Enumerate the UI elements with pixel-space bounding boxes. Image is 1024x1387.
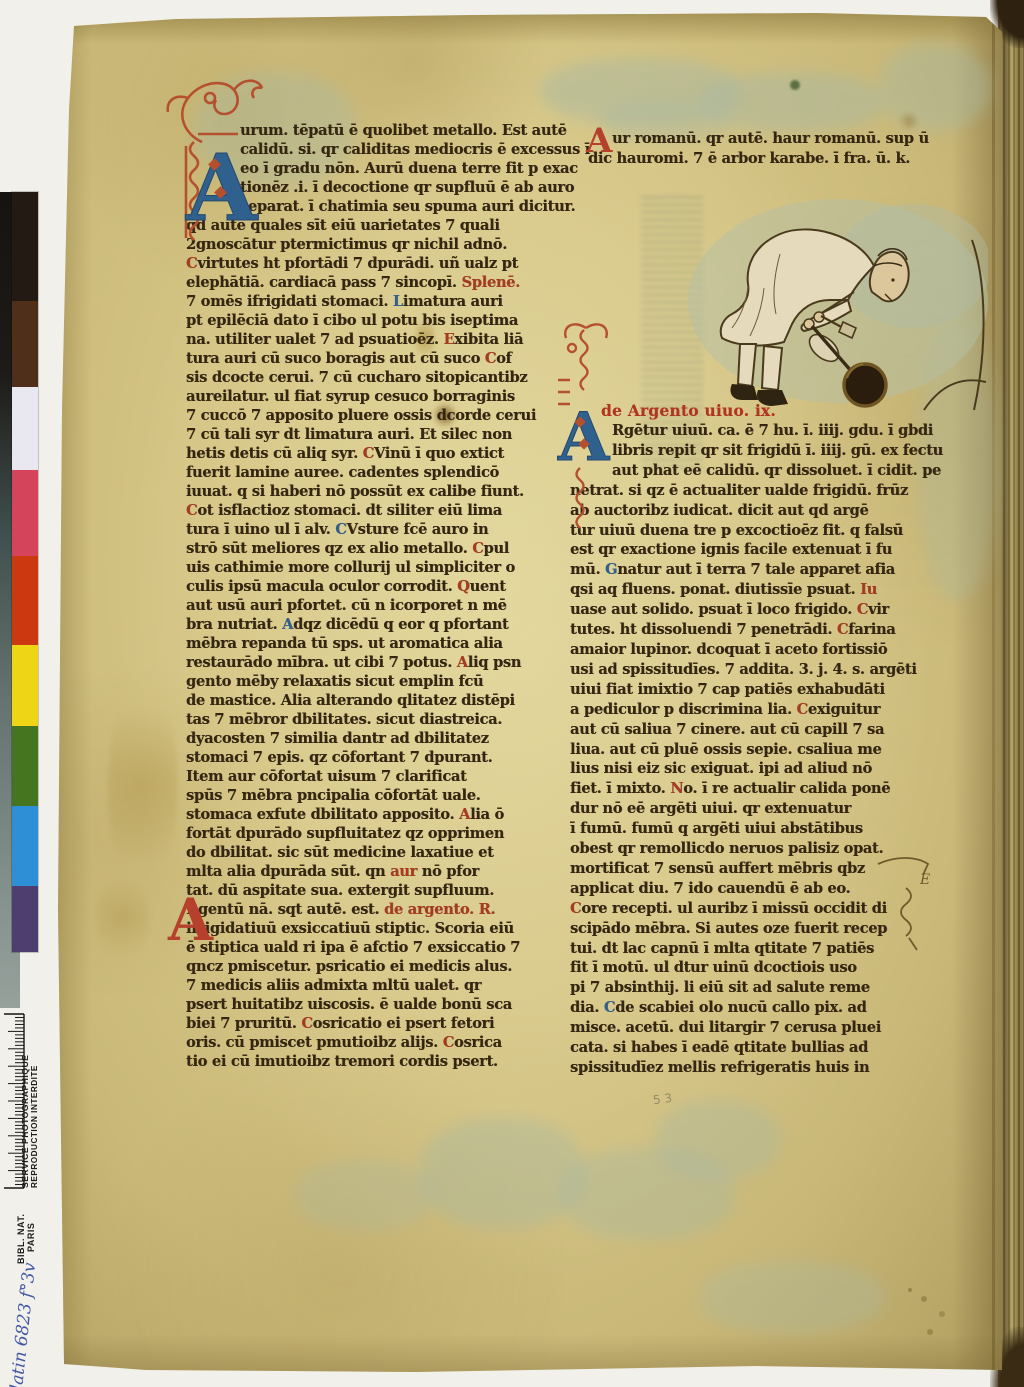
marginal-nota-mark: E (876, 830, 946, 962)
fold-line (992, 10, 995, 1380)
text-line: tat. dū aspitate sua. extergit supfluum. (186, 881, 564, 900)
text-line: mlta alia dpurāda sūt. qn aur nō pfor (186, 862, 564, 881)
text-segment: of (496, 350, 511, 367)
text-segment: Rgentū nā. sqt autē. est. (186, 901, 384, 918)
text-line: fiet. ī mixto. No. ī re actualir calida … (570, 779, 922, 799)
photograph-canvas: SERVICE PHOTOGRAPHIQUE REPRODUCTION INTE… (0, 0, 1024, 1387)
text-segment: aut cū saliua 7 cinere. aut cū capill 7 … (570, 721, 884, 738)
text-segment: A (459, 806, 470, 823)
text-segment: pt epilēciā dato ī cibo ul potu bis isep… (186, 312, 518, 329)
right-text-column-upper: ur romanū. qr autē. haur romanū. sup ūdi… (588, 129, 926, 168)
text-line: uase aut solido. psuat ī loco frigido. C… (570, 600, 922, 620)
text-line: Item aur cōfortat uisum 7 clarificat (186, 767, 564, 786)
text-segment: qncz pmiscetur. psricatio ei medicis alu… (186, 958, 512, 975)
text-segment: culis ipsū macula oculor corrodit. (186, 578, 457, 595)
text-line: bra nutriat. Adqz dicēdū q eor q pfortan… (186, 615, 564, 634)
text-segment: iuuat. q si haberi nō possūt ex calibe f… (186, 483, 524, 500)
text-segment: ifrigidatiuū exsiccatiuū stiptic. Scoria… (186, 920, 514, 937)
ink-spot (790, 80, 800, 90)
text-line: pt epilēciā dato ī cibo ul potu bis isep… (186, 311, 564, 330)
text-segment: vir (868, 601, 889, 618)
text-line: fortāt dpurādo supfluitatez qz opprimen (186, 824, 564, 843)
text-segment: C (363, 445, 374, 462)
text-line: qncz pmiscetur. psricatio ei medicis alu… (186, 957, 564, 976)
text-line: stomaca exfute dbilitato apposito. Alia … (186, 805, 564, 824)
text-segment: obest qr remollicdo neruos palisiz opat. (570, 840, 883, 857)
red-initial-left-bottom: A (168, 891, 213, 949)
text-segment: aut usū auri pfortet. cū n icorporet n m… (186, 597, 507, 614)
text-segment: fortāt dpurādo supfluitatez qz opprimen (186, 825, 504, 842)
red-initial-right-top: A (586, 124, 612, 158)
text-segment: dyacosten 7 similia dantr ad dbilitatez (186, 730, 489, 747)
stain (108, 680, 178, 890)
text-segment: xibita liā (454, 331, 523, 348)
text-segment: uent (470, 578, 506, 595)
text-segment: tio ei cū imutioibz tremori cordis psert… (186, 1053, 498, 1070)
calibration-patch-black (12, 192, 38, 301)
text-segment: dic hauromi. 7 ē arbor karabe. ī fra. ū.… (588, 150, 910, 167)
text-line: Cot isflactioz stomaci. dt siliter eiū l… (186, 501, 564, 520)
text-line: liua. aut cū pluē ossis sepie. csaliua m… (570, 740, 922, 760)
text-segment: mlta alia dpurāda sūt. qn (186, 863, 390, 880)
text-segment: natur aut ī terra 7 tale apparet afia (617, 561, 895, 578)
text-line: pi 7 absinthij. li eiū sit ad salute rem… (570, 978, 922, 998)
text-segment: Rgētur uiuū. ca. ē 7 hu. ī. iiij. gdu. ī… (612, 422, 933, 439)
text-segment: est qr exactione ignis facile extenuat ī… (570, 541, 892, 558)
text-line: est qr exactione ignis facile extenuat ī… (570, 540, 922, 560)
show-through-foliage (420, 1118, 585, 1228)
calibration-patch-violet (12, 886, 38, 952)
calibration-patch-dark-brown (12, 301, 38, 387)
decorated-initial-right-mid: A (550, 318, 626, 540)
text-segment: fuerit lamine auree. cadentes splendicō (186, 464, 499, 481)
text-segment: mū. (570, 561, 605, 578)
text-segment: qsi aq fluens. ponat. diutissīe psuat. (570, 581, 860, 598)
text-segment: E (443, 331, 454, 348)
text-segment: C (472, 540, 483, 557)
text-line: ur romanū. qr autē. haur romanū. sup ū (588, 129, 926, 149)
text-segment: urum. tēpatū ē quolibet metallo. Est aut… (240, 122, 567, 139)
text-segment: tat. dū aspitate sua. extergit supfluum. (186, 882, 494, 899)
text-line: ifrigidatiuū exsiccatiuū stiptic. Scoria… (186, 919, 564, 938)
text-segment: C (797, 701, 808, 718)
text-segment: tutes. ht dissoluendi 7 penetrādi. (570, 621, 837, 638)
text-line: elephātiā. cardiacā pass 7 sincopī. Sple… (186, 273, 564, 292)
text-segment: strō sūt meliores qz ex alio metallo. (186, 540, 472, 557)
text-segment: farina (848, 621, 895, 638)
reproduction-interdite-stamp: REPRODUCTION INTERDITE (30, 1065, 39, 1188)
text-line: hetis detis cū aliq syr. CVinū ī quo ext… (186, 444, 564, 463)
text-line: usi ad spissitudīes. 7 addita. 3. j. 4. … (570, 660, 922, 680)
text-segment: a pediculor p discrimina lia. (570, 701, 797, 718)
text-segment: L (393, 293, 403, 310)
text-segment: C (301, 1015, 312, 1032)
text-segment: aur (390, 863, 417, 880)
text-line: 7 cuccō 7 apposito pluere ossis dcorde c… (186, 406, 564, 425)
text-line: dia. Cde scabiei olo nucū callo pix. ad (570, 998, 922, 1018)
calibration-patch-blue (12, 806, 38, 886)
text-segment: bra nutriat. (186, 616, 282, 633)
text-segment: liua. aut cū pluē ossis sepie. csaliua m… (570, 741, 881, 758)
text-segment: tura ī uino ul ī alv. (186, 521, 335, 538)
text-segment: ī fumū. fumū q argēti uiui abstātibus (570, 820, 863, 837)
left-text-column: urum. tēpatū ē quolibet metallo. Est aut… (186, 121, 564, 1071)
text-segment: osrica (454, 1034, 502, 1051)
text-line: tura ī uino ul ī alv. CVsture fcē auro i… (186, 520, 564, 539)
text-segment: scipādo mēbra. Si autes oze fuerit recep (570, 920, 887, 937)
margin-note-letter: E (919, 872, 930, 888)
text-segment: elephātiā. cardiacā pass 7 sincopī. (186, 274, 461, 291)
text-segment: fit ī motū. ul dtur uinū dcoctiois uso (570, 959, 857, 976)
text-segment: C (335, 521, 346, 538)
text-segment: pul (484, 540, 509, 557)
text-segment: na. utiliter ualet 7 ad psuatioēz. (186, 331, 443, 348)
text-segment: do dbilitat. sic sūt medicine laxatiue e… (186, 844, 494, 861)
text-line: tutes. ht dissoluendi 7 penetrādi. Cfari… (570, 620, 922, 640)
decorated-initial-left-top: A (158, 42, 270, 258)
text-line: uis cathimie more collurij ul simplicite… (186, 558, 564, 577)
text-segment: Q (457, 578, 469, 595)
text-line: applicat diu. 7 ido cauendū ē ab eo. (570, 879, 922, 899)
text-segment: lia ō (470, 806, 504, 823)
text-line: aureilatur. ul fiat syrup cesuco borragi… (186, 387, 564, 406)
text-line: scipādo mēbra. Si autes oze fuerit recep (570, 919, 922, 939)
text-segment: libris repit qr sit frigidū ī. iiij. gū.… (612, 442, 943, 459)
text-segment: fiet. ī mixto. (570, 780, 670, 797)
text-segment: 7 omēs ifrigidati stomaci. (186, 293, 393, 310)
text-line: fuerit lamine auree. cadentes splendicō (186, 463, 564, 482)
show-through-foliage (700, 1262, 885, 1332)
text-line: cata. si habes ī eadē qtitate bullias ad (570, 1038, 922, 1058)
text-segment: calidū. si. qr caliditas mediocris ē exc… (240, 141, 590, 158)
freckle-spots (908, 1288, 912, 1292)
text-segment: gento mēby relaxatis sicut emplin fcū (186, 673, 483, 690)
text-segment: de mastice. Alia alterando qlitatez dist… (186, 692, 515, 709)
text-segment: separat. ī chatimia seu spuma auri dicit… (240, 198, 575, 215)
text-segment: stomaci 7 epis. qz cōfortant 7 dpurant. (186, 749, 492, 766)
text-segment: aureilatur. ul fiat syrup cesuco borragi… (186, 388, 515, 405)
text-segment: ore recepti. ul auribz ī missū occidit d… (581, 900, 887, 917)
service-photographique-stamp: SERVICE PHOTOGRAPHIQUE (20, 1055, 30, 1188)
initial-letter: A (557, 398, 610, 476)
text-segment: uase aut solido. psuat ī loco frigido. (570, 601, 857, 618)
text-segment: spūs 7 mēbra pncipalia cōfortāt uale. (186, 787, 480, 804)
text-segment: ur romanū. qr autē. haur romanū. sup ū (612, 130, 929, 147)
stain (95, 870, 150, 965)
text-line: na. utiliter ualet 7 ad psuatioēz. Exibi… (186, 330, 564, 349)
text-line: psert huitatibz uiscosis. ē ualde bonū s… (186, 995, 564, 1014)
color-calibration-strip (12, 192, 38, 952)
text-line: ī fumū. fumū q argēti uiui abstātibus (570, 819, 922, 839)
text-segment: A (457, 654, 468, 671)
text-segment: C (837, 621, 848, 638)
text-segment: osricatio ei psert fetori (313, 1015, 495, 1032)
text-segment: ot isflactioz stomaci. dt siliter eiū li… (197, 502, 502, 519)
text-segment: 7 cuccō 7 apposito pluere ossis dcorde c… (186, 407, 536, 424)
text-line: dur nō eē argēti uiui. qr extenuatur (570, 799, 922, 819)
text-segment: C (186, 502, 197, 519)
text-segment: hetis detis cū aliq syr. (186, 445, 363, 462)
text-line: fit ī motū. ul dtur uinū dcoctiois uso (570, 958, 922, 978)
handwritten-shelfmark: latin 6823 f°3v (7, 1262, 40, 1387)
text-segment: liq psn (468, 654, 521, 671)
text-segment: C (443, 1034, 454, 1051)
text-line: mortificat 7 sensū auffert mēbris qbz (570, 859, 922, 879)
calibration-patch-green (12, 726, 38, 806)
text-segment: amaior lupinor. dcoquat ī aceto fortissi… (570, 641, 887, 658)
text-line: uiui fiat imixtio 7 cap patiēs exhabudāt… (570, 680, 922, 700)
text-segment: oris. cū pmiscet pmutioibz alijs. (186, 1034, 443, 1051)
text-segment: de argento. R. (384, 901, 495, 918)
text-segment: Vsture fcē auro in (347, 521, 489, 538)
text-segment: G (605, 561, 617, 578)
text-segment: tionēz .i. ī decoctione qr supfluū ē ab … (240, 179, 574, 196)
figure-illustration (688, 196, 988, 411)
text-segment: tui. dt lac capnū ī mlta qtitate 7 patiē… (570, 940, 874, 957)
text-line: mū. Gnatur aut ī terra 7 tale apparet af… (570, 560, 922, 580)
text-segment: Iu (860, 581, 877, 598)
eye (891, 278, 894, 281)
bibl-nat-stamp: BIBL. NAT. (16, 1214, 26, 1264)
text-segment: psert huitatibz uiscosis. ē ualde bonū s… (186, 996, 512, 1013)
text-segment: A (282, 616, 293, 633)
text-segment: cata. si habes ī eadē qtitate bullias ad (570, 1039, 868, 1056)
text-line: 7 cū tali syr dt limatura auri. Et silec… (186, 425, 564, 444)
text-line: tas 7 mēbror dbilitates. sicut diastreic… (186, 710, 564, 729)
text-segment: 7 cū tali syr dt limatura auri. Et silec… (186, 426, 512, 443)
text-line: mēbra repanda tū sps. ut aromatica alia (186, 634, 564, 653)
text-segment: dqz dicēdū q eor q pfortant (293, 616, 508, 633)
leg (738, 344, 756, 386)
text-line: dyacosten 7 similia dantr ad dbilitatez (186, 729, 564, 748)
text-segment: o. ī re actualir calida ponē (683, 780, 890, 797)
text-segment: mortificat 7 sensū auffert mēbris qbz (570, 860, 865, 877)
text-line: spūs 7 mēbra pncipalia cōfortāt uale. (186, 786, 564, 805)
shoe (730, 384, 758, 400)
text-line: obest qr remollicdo neruos palisiz opat. (570, 839, 922, 859)
pencil-note: 5 3 (652, 1091, 673, 1108)
text-line: sis dcocte cerui. 7 cū cucharo sitopican… (186, 368, 564, 387)
text-line: aut usū auri pfortet. cū n icorporet n m… (186, 596, 564, 615)
text-segment: usi ad spissitudīes. 7 addita. 3. j. 4. … (570, 661, 917, 678)
text-segment: uis cathimie more collurij ul simplicite… (186, 559, 515, 576)
text-line: Rgentū nā. sqt autē. est. de argento. R. (186, 900, 564, 919)
text-segment: Splenē. (461, 274, 519, 291)
text-segment: mēbra repanda tū sps. ut aromatica alia (186, 635, 503, 652)
text-line: oris. cū pmiscet pmutioibz alijs. Cosric… (186, 1033, 564, 1052)
calibration-patch-orange-red (12, 556, 38, 645)
text-segment: 7 medicis aliis admixta mltū ualet. qr (186, 977, 481, 994)
parchment-notch (145, 8, 153, 20)
text-line: restaurādo mībra. ut cibi 7 potus. Aliq … (186, 653, 564, 672)
text-segment: C (570, 900, 581, 917)
text-segment: restaurādo mībra. ut cibi 7 potus. (186, 654, 457, 671)
text-line: dic hauromi. 7 ē arbor karabe. ī fra. ū.… (588, 149, 926, 169)
text-line: strō sūt meliores qz ex alio metallo. Cp… (186, 539, 564, 558)
text-line: ē stiptica uald ri ipa ē afctio 7 exsicc… (186, 938, 564, 957)
text-segment: tura auri cū suco boragis aut cū suco (186, 350, 485, 367)
text-line: de mastice. Alia alterando qlitatez dist… (186, 691, 564, 710)
text-line: a pediculor p discrimina lia. Cexiguitur (570, 700, 922, 720)
text-segment: C (604, 999, 615, 1016)
text-line: tui. dt lac capnū ī mlta qtitate 7 patiē… (570, 939, 922, 959)
text-segment: nō pfor (417, 863, 479, 880)
show-through-blob (880, 45, 990, 130)
paris-stamp: PARIS (26, 1223, 36, 1252)
stain (898, 112, 920, 130)
text-line: amaior lupinor. dcoquat ī aceto fortissi… (570, 640, 922, 660)
text-line: spissitudīez mellis refrigeratis huis in (570, 1058, 922, 1078)
text-segment: sis dcocte cerui. 7 cū cucharo sitopican… (186, 369, 527, 386)
text-segment: aut phat eē calidū. qr dissoluet. ī cidi… (612, 462, 941, 479)
text-line: tura auri cū suco boragis aut cū suco Co… (186, 349, 564, 368)
text-segment: C (485, 350, 496, 367)
text-segment: lius nisi eiz sic exiguat. ipi ad aliud … (570, 760, 872, 777)
show-through-foliage (295, 1160, 435, 1230)
text-segment: N (670, 780, 683, 797)
text-segment: de scabiei olo nucū callo pix. ad (615, 999, 866, 1016)
text-line: do dbilitat. sic sūt medicine laxatiue e… (186, 843, 564, 862)
text-segment: uiui fiat imixtio 7 cap patiēs exhabudāt… (570, 681, 885, 698)
text-line: 7 medicis aliis admixta mltū ualet. qr (186, 976, 564, 995)
text-line: qsi aq fluens. ponat. diutissīe psuat. I… (570, 580, 922, 600)
text-segment: eo ī gradu nōn. Aurū duena terre fit p e… (240, 160, 578, 177)
text-segment: spissitudīez mellis refrigeratis huis in (570, 1059, 869, 1076)
text-segment: imatura auri (403, 293, 503, 310)
text-segment: C (857, 601, 868, 618)
text-line: aut cū saliua 7 cinere. aut cū capill 7 … (570, 720, 922, 740)
text-segment: Vinū ī quo extict (374, 445, 504, 462)
text-segment: ē stiptica uald ri ipa ē afctio 7 exsicc… (186, 939, 520, 956)
text-line: stomaci 7 epis. qz cōfortant 7 dpurant. (186, 748, 564, 767)
text-line: Core recepti. ul auribz ī missū occidit … (570, 899, 922, 919)
text-segment: exiguitur (808, 701, 880, 718)
text-segment: biei 7 pruritū. (186, 1015, 301, 1032)
text-segment: Item aur cōfortat uisum 7 clarificat (186, 768, 467, 785)
text-line: biei 7 pruritū. Cosricatio ei psert feto… (186, 1014, 564, 1033)
text-line: culis ipsū macula oculor corrodit. Quent (186, 577, 564, 596)
text-line: iuuat. q si haberi nō possūt ex calibe f… (186, 482, 564, 501)
text-segment: tas 7 mēbror dbilitates. sicut diastreic… (186, 711, 502, 728)
calibration-patch-yellow (12, 645, 38, 726)
text-segment: dia. (570, 999, 604, 1016)
text-segment: stomaca exfute dbilitato apposito. (186, 806, 459, 823)
text-line: misce. acetū. dui litargir 7 cerusa plue… (570, 1018, 922, 1038)
text-line: lius nisi eiz sic exiguat. ipi ad aliud … (570, 759, 922, 779)
text-segment: dur nō eē argēti uiui. qr extenuatur (570, 800, 851, 817)
calibration-patch-pink (12, 470, 38, 556)
text-line: gento mēby relaxatis sicut emplin fcū (186, 672, 564, 691)
calibration-patch-white (12, 387, 38, 470)
show-through-foliage (655, 1100, 780, 1180)
text-segment: applicat diu. 7 ido cauendū ē ab eo. (570, 880, 850, 897)
text-line: tio ei cū imutioibz tremori cordis psert… (186, 1052, 564, 1071)
text-segment: pi 7 absinthij. li eiū sit ad salute rem… (570, 979, 870, 996)
text-segment: misce. acetū. dui litargir 7 cerusa plue… (570, 1019, 881, 1036)
text-line: 7 omēs ifrigidati stomaci. Limatura auri (186, 292, 564, 311)
book-gutter-edge (998, 0, 1024, 1387)
leg (762, 346, 782, 390)
